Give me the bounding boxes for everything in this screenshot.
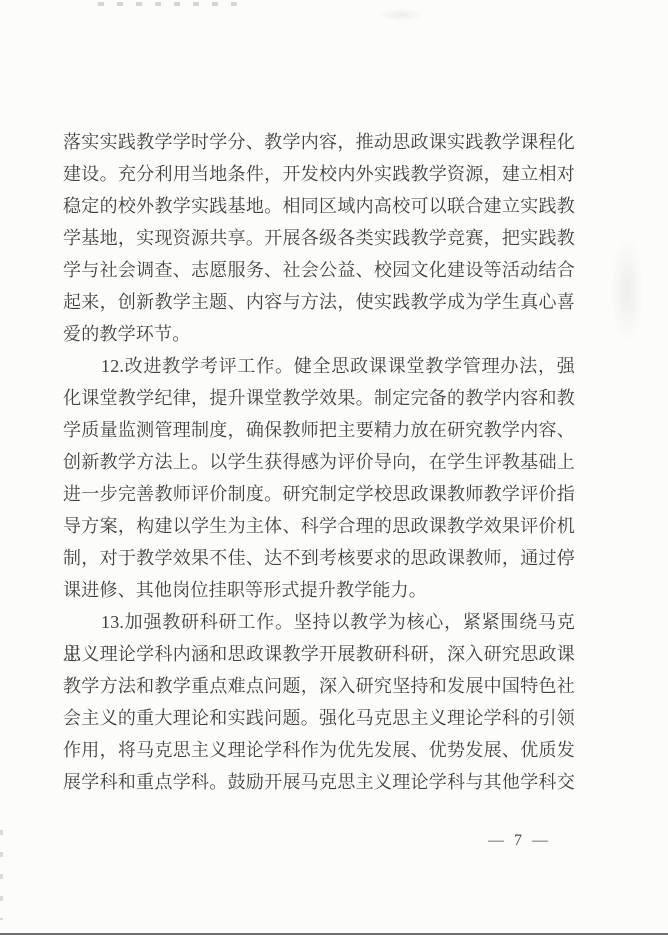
text-line: 稳定的校外教学实践基地。相同区域内高校可以联合建立实践教 [63,190,575,222]
text-line: 落实实践教学学时学分、教学内容，推动思政课实践教学课程化 [63,126,575,158]
text-line: 会主义的重大理论和实践问题。强化马克思主义理论学科的引领 [63,702,575,734]
scan-artifact-top-dashes [98,2,248,6]
text-line-item-13: 13.加强教研科研工作。坚持以教学为核心，紧紧围绕马克思 [63,606,575,638]
scan-artifact-smudge [378,8,424,22]
body-text-block: 落实实践教学学时学分、教学内容，推动思政课实践教学课程化 建设。充分利用当地条件… [63,126,575,798]
page-number: — 7 — [488,832,551,850]
text-line: 作用，将马克思主义理论学科作为优先发展、优势发展、优质发 [63,734,575,766]
text-line: 展学科和重点学科。鼓励开展马克思主义理论学科与其他学科交 [63,766,575,798]
scan-artifact-smudge [610,235,644,345]
text-line: 化课堂教学纪律，提升课堂教学效果。制定完备的教学内容和教 [63,382,575,414]
text-line: 建设。充分利用当地条件，开发校内外实践教学资源，建立相对 [63,158,575,190]
text-line: 进一步完善教师评价制度。研究制定学校思政课教师教学评价指 [63,478,575,510]
text-line-item-12: 12.改进教学考评工作。健全思政课课堂教学管理办法，强 [63,350,575,382]
scan-artifact-left-edge [0,830,3,920]
text-line: 起来，创新教学主题、内容与方法，使实践教学成为学生真心喜 [63,286,575,318]
text-line: 学与社会调查、志愿服务、社会公益、校园文化建设等活动结合 [63,254,575,286]
text-line: 创新教学方法上。以学生获得感为评价导向，在学生评教基础上 [63,446,575,478]
text-line: 学基地，实现资源共享。开展各级各类实践教学竞赛，把实践教 [63,222,575,254]
text-line: 爱的教学环节。 [63,318,575,350]
text-line: 教学方法和教学重点难点问题，深入研究坚持和发展中国特色社 [63,670,575,702]
text-line: 导方案，构建以学生为主体、科学合理的思政课教学效果评价机 [63,510,575,542]
text-line: 课进修、其他岗位挂职等形式提升教学能力。 [63,574,575,606]
text-line: 制，对于教学效果不佳、达不到考核要求的思政课教师，通过停 [63,542,575,574]
text-line: 学质量监测管理制度，确保教师把主要精力放在研究教学内容、 [63,414,575,446]
scanned-document-page: 落实实践教学学时学分、教学内容，推动思政课实践教学课程化 建设。充分利用当地条件… [0,0,668,935]
text-line: 主义理论学科内涵和思政课教学开展教研科研，深入研究思政课 [63,638,575,670]
